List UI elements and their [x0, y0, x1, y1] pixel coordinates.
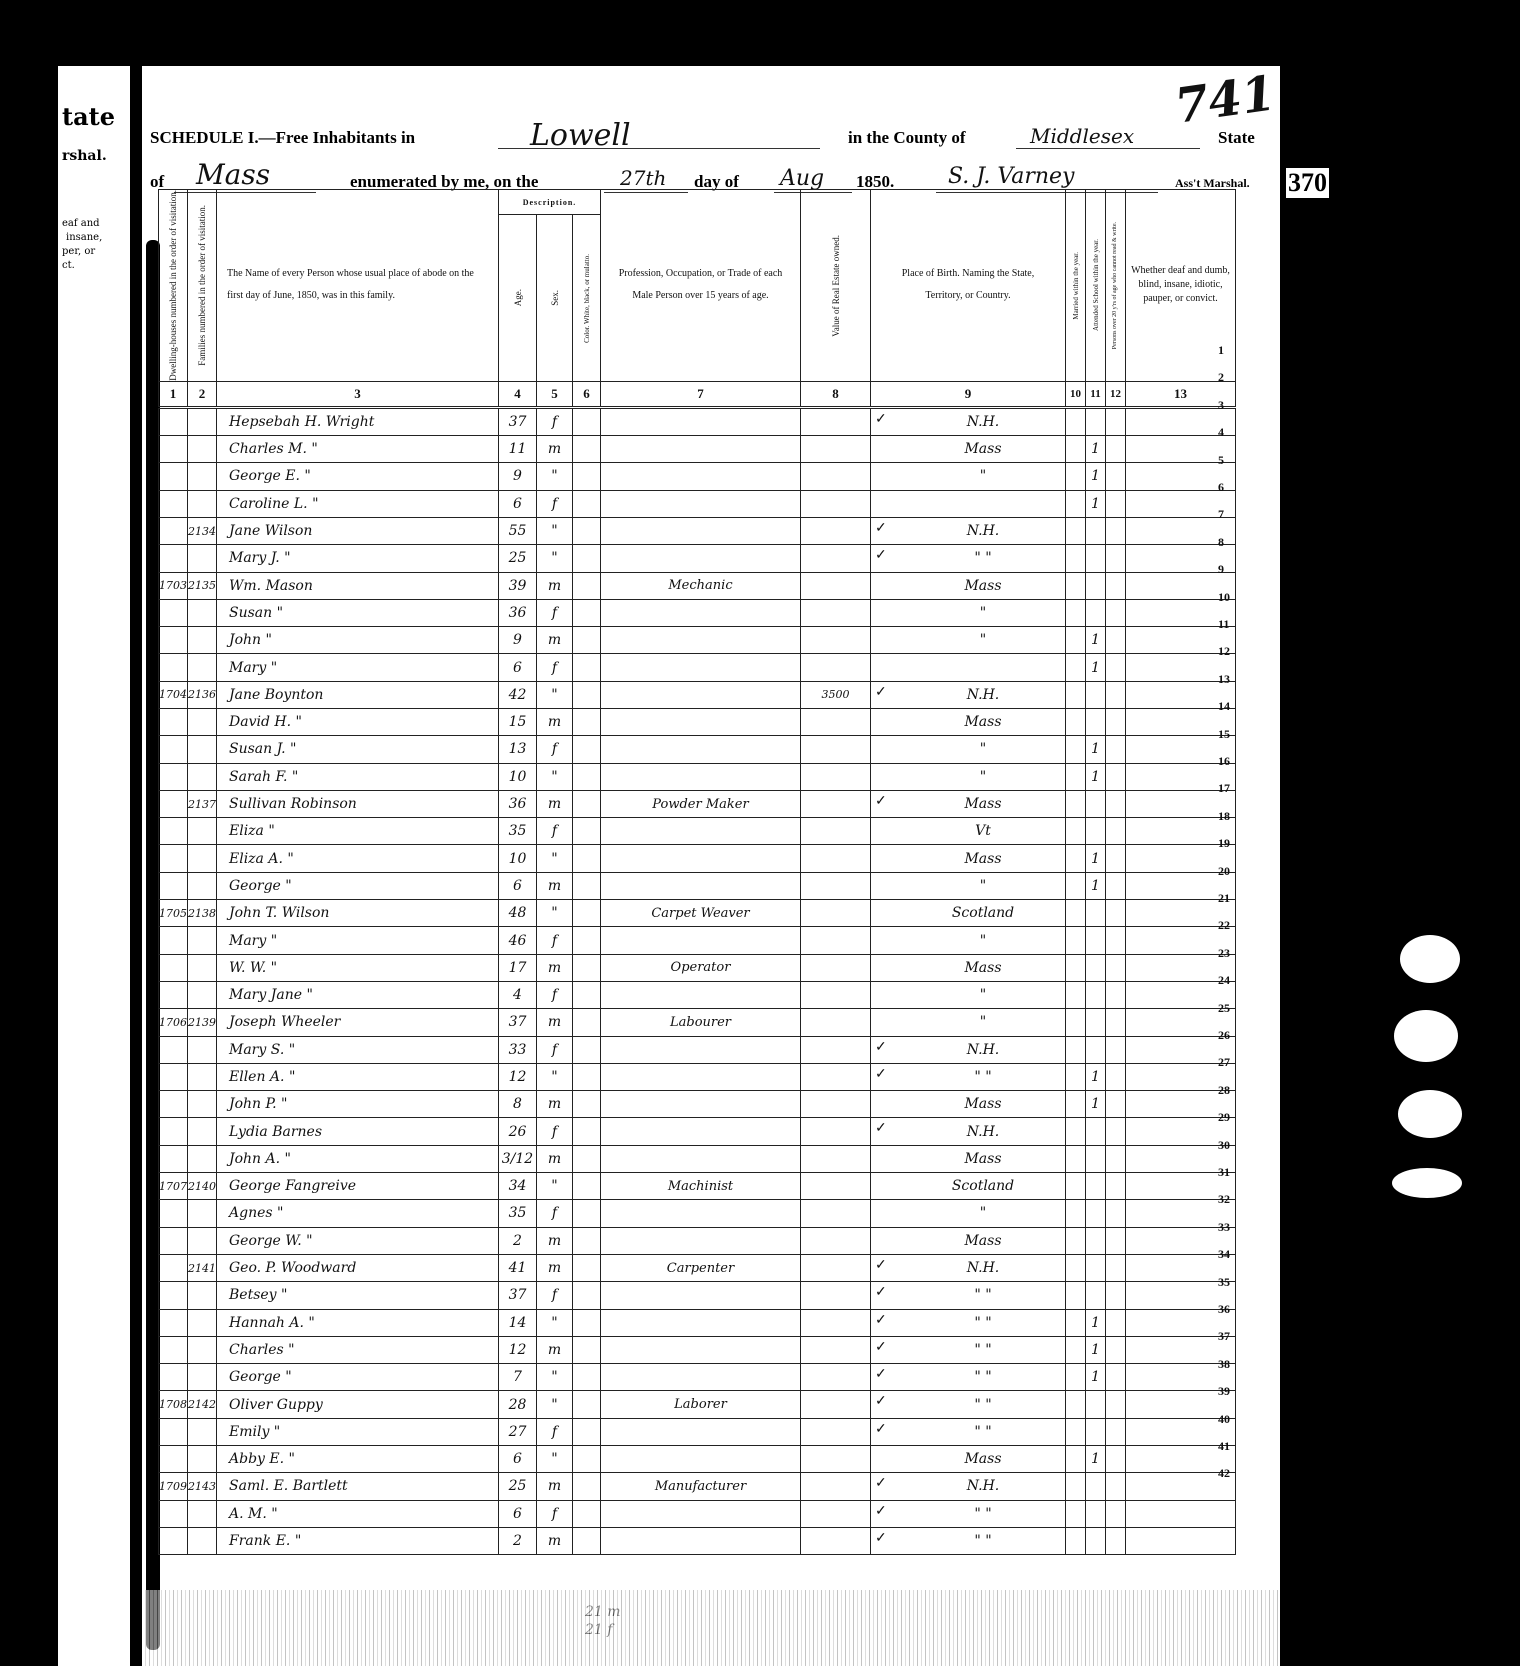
- person-color: [573, 517, 601, 544]
- person-color: [573, 1418, 601, 1445]
- married-within-year: [1066, 1418, 1086, 1445]
- attended-school: [1086, 900, 1106, 927]
- married-within-year: [1066, 1145, 1086, 1172]
- person-color: [573, 463, 601, 490]
- attended-school: [1086, 517, 1106, 544]
- birthplace: ": [871, 1200, 1066, 1227]
- person-name: George ": [217, 872, 499, 899]
- person-color: [573, 1527, 601, 1554]
- census-row: 17042136Jane Boynton42"3500✓N.H.: [159, 681, 1236, 708]
- line-number: 2: [1218, 370, 1224, 385]
- person-age: 26: [499, 1118, 537, 1145]
- census-row: Betsey "37f✓" ": [159, 1282, 1236, 1309]
- census-row: Susan J. "13f"1: [159, 736, 1236, 763]
- married-within-year: [1066, 1527, 1086, 1554]
- married-within-year: [1066, 818, 1086, 845]
- birthplace: Mass: [871, 954, 1066, 981]
- dwelling-number: [159, 872, 188, 899]
- real-estate-value: [801, 1227, 871, 1254]
- line-number: 18: [1218, 809, 1230, 824]
- family-number: 2134: [188, 517, 217, 544]
- cannot-read-write: [1106, 436, 1126, 463]
- person-name: Jane Wilson: [217, 517, 499, 544]
- attended-school: [1086, 681, 1106, 708]
- birthplace-text: N.H.: [871, 523, 1065, 539]
- birthplace: ✓" ": [871, 1063, 1066, 1090]
- attended-school: [1086, 1200, 1106, 1227]
- person-age: 13: [499, 736, 537, 763]
- person-sex: f: [537, 927, 573, 954]
- person-occupation: [601, 1309, 801, 1336]
- person-color: [573, 1446, 601, 1473]
- person-color: [573, 572, 601, 599]
- person-color: [573, 1145, 601, 1172]
- dwelling-number: [159, 490, 188, 517]
- family-number: 2139: [188, 1009, 217, 1036]
- family-number: [188, 1118, 217, 1145]
- person-age: 25: [499, 1473, 537, 1500]
- county-underline: [1016, 148, 1200, 149]
- person-age: 39: [499, 572, 537, 599]
- attended-school: [1086, 545, 1106, 572]
- checkmark-icon: ✓: [875, 1366, 887, 1382]
- census-row: 17052138John T. Wilson48"Carpet WeaverSc…: [159, 900, 1236, 927]
- line-number: 31: [1218, 1165, 1230, 1180]
- attended-school: 1: [1086, 627, 1106, 654]
- family-number: [188, 627, 217, 654]
- col-number: 12: [1106, 381, 1126, 407]
- person-age: 6: [499, 872, 537, 899]
- birthplace: ": [871, 981, 1066, 1008]
- person-color: [573, 1364, 601, 1391]
- birthplace: ✓" ": [871, 1364, 1066, 1391]
- real-estate-value: [801, 845, 871, 872]
- line-number: 6: [1218, 480, 1224, 495]
- person-sex: m: [537, 1091, 573, 1118]
- family-number: [188, 708, 217, 735]
- attended-school: [1086, 1118, 1106, 1145]
- person-occupation: [601, 818, 801, 845]
- col-header-sex: Sex.: [537, 215, 573, 381]
- real-estate-value: [801, 1364, 871, 1391]
- dwelling-number: [159, 545, 188, 572]
- person-occupation: [601, 845, 801, 872]
- family-number: [188, 763, 217, 790]
- census-row: George "7"✓" "1: [159, 1364, 1236, 1391]
- person-color: [573, 900, 601, 927]
- family-number: [188, 1227, 217, 1254]
- county-label: in the County of: [848, 128, 966, 148]
- census-row: 17082142Oliver Guppy28"Laborer✓" ": [159, 1391, 1236, 1418]
- person-color: [573, 1009, 601, 1036]
- person-name: Caroline L. ": [217, 490, 499, 517]
- left-fragment-col13-c: per, or: [62, 246, 95, 257]
- person-sex: f: [537, 818, 573, 845]
- col-header-illiterate: Persons over 20 y'rs of age who cannot r…: [1106, 190, 1126, 382]
- person-age: 46: [499, 927, 537, 954]
- dwelling-number: [159, 790, 188, 817]
- person-sex: ": [537, 1446, 573, 1473]
- birthplace: Mass: [871, 1227, 1066, 1254]
- cannot-read-write: [1106, 407, 1126, 435]
- person-name: Charles M. ": [217, 436, 499, 463]
- person-age: 36: [499, 599, 537, 626]
- person-occupation: [601, 517, 801, 544]
- married-within-year: [1066, 1446, 1086, 1473]
- left-fragment-state: tate: [62, 102, 115, 131]
- married-within-year: [1066, 436, 1086, 463]
- family-number: [188, 599, 217, 626]
- person-sex: f: [537, 654, 573, 681]
- attended-school: [1086, 1036, 1106, 1063]
- birthplace-text: Mass: [871, 796, 1065, 812]
- person-color: [573, 1036, 601, 1063]
- person-sex: f: [537, 736, 573, 763]
- birthplace-text: Scotland: [871, 905, 1065, 921]
- census-row: Susan "36f": [159, 599, 1236, 626]
- checkmark-icon: ✓: [875, 1066, 887, 1082]
- line-number: 23: [1218, 946, 1230, 961]
- census-row: John A. "3/12mMass: [159, 1145, 1236, 1172]
- person-occupation: Carpenter: [601, 1254, 801, 1281]
- person-name: Hannah A. ": [217, 1309, 499, 1336]
- birthplace-text: N.H.: [871, 1042, 1065, 1058]
- birthplace-text: ": [871, 769, 1065, 785]
- real-estate-value: [801, 1500, 871, 1527]
- married-within-year: [1066, 981, 1086, 1008]
- census-row: 2141Geo. P. Woodward41mCarpenter✓N.H.: [159, 1254, 1236, 1281]
- col-header-description: Description.: [499, 190, 601, 215]
- person-name: Frank E. ": [217, 1527, 499, 1554]
- married-within-year: [1066, 927, 1086, 954]
- cannot-read-write: [1106, 818, 1126, 845]
- person-name: W. W. ": [217, 954, 499, 981]
- cannot-read-write: [1106, 1500, 1126, 1527]
- line-number: 37: [1218, 1329, 1230, 1344]
- line-number: 28: [1218, 1083, 1230, 1098]
- family-number: [188, 1500, 217, 1527]
- left-fragment-marshal: rshal.: [62, 148, 107, 164]
- married-within-year: [1066, 1473, 1086, 1500]
- col-number: 9: [871, 381, 1066, 407]
- cannot-read-write: [1106, 545, 1126, 572]
- checkmark-icon: ✓: [875, 1312, 887, 1328]
- line-number: 38: [1218, 1357, 1230, 1372]
- person-name: George ": [217, 1364, 499, 1391]
- person-name: Joseph Wheeler: [217, 1009, 499, 1036]
- dwelling-number: [159, 1336, 188, 1363]
- person-sex: ": [537, 545, 573, 572]
- checkmark-icon: ✓: [875, 1120, 887, 1136]
- real-estate-value: [801, 1282, 871, 1309]
- person-age: 41: [499, 1254, 537, 1281]
- person-name: Mary ": [217, 654, 499, 681]
- person-name: Saml. E. Bartlett: [217, 1473, 499, 1500]
- checkmark-icon: ✓: [875, 411, 887, 427]
- person-sex: f: [537, 599, 573, 626]
- person-sex: ": [537, 1364, 573, 1391]
- birthplace-text: N.H.: [871, 1478, 1065, 1494]
- dwelling-number: [159, 845, 188, 872]
- person-name: Ellen A. ": [217, 1063, 499, 1090]
- disability-condition: [1126, 1527, 1236, 1554]
- line-number: 17: [1218, 781, 1230, 796]
- married-within-year: [1066, 1063, 1086, 1090]
- person-name: Mary J. ": [217, 545, 499, 572]
- birthplace: ✓N.H.: [871, 1118, 1066, 1145]
- real-estate-value: [801, 872, 871, 899]
- person-age: 4: [499, 981, 537, 1008]
- birthplace: ✓N.H.: [871, 1036, 1066, 1063]
- person-color: [573, 708, 601, 735]
- cannot-read-write: [1106, 1063, 1126, 1090]
- dwelling-number: [159, 407, 188, 435]
- real-estate-value: [801, 1063, 871, 1090]
- birthplace: [871, 654, 1066, 681]
- person-sex: m: [537, 790, 573, 817]
- line-number: 8: [1218, 535, 1224, 550]
- cannot-read-write: [1106, 681, 1126, 708]
- left-fragment-col13-b: insane,: [66, 232, 102, 243]
- person-occupation: [601, 1418, 801, 1445]
- attended-school: [1086, 1145, 1106, 1172]
- real-estate-value: [801, 900, 871, 927]
- person-occupation: [601, 1118, 801, 1145]
- birthplace-text: " ": [871, 550, 1065, 566]
- person-age: 48: [499, 900, 537, 927]
- person-age: 6: [499, 654, 537, 681]
- county-name: Middlesex: [1030, 124, 1134, 148]
- person-sex: m: [537, 1527, 573, 1554]
- birthplace-text: Mass: [871, 1151, 1065, 1167]
- person-sex: f: [537, 1282, 573, 1309]
- attended-school: [1086, 407, 1106, 435]
- dwelling-number: [159, 517, 188, 544]
- attended-school: [1086, 1227, 1106, 1254]
- col-header-family: Families numbered in the order of visita…: [188, 190, 217, 382]
- birthplace: ✓" ": [871, 1309, 1066, 1336]
- person-name: George W. ": [217, 1227, 499, 1254]
- person-color: [573, 654, 601, 681]
- person-occupation: [601, 981, 801, 1008]
- line-number: 20: [1218, 864, 1230, 879]
- birthplace-text: " ": [871, 1533, 1065, 1549]
- family-number: [188, 1418, 217, 1445]
- attended-school: 1: [1086, 872, 1106, 899]
- birthplace-text: ": [871, 605, 1065, 621]
- census-row: A. M. "6f✓" ": [159, 1500, 1236, 1527]
- person-occupation: Powder Maker: [601, 790, 801, 817]
- person-age: 35: [499, 818, 537, 845]
- cannot-read-write: [1106, 1473, 1126, 1500]
- person-age: 37: [499, 1009, 537, 1036]
- family-number: 2135: [188, 572, 217, 599]
- real-estate-value: [801, 708, 871, 735]
- person-color: [573, 927, 601, 954]
- real-estate-value: [801, 1309, 871, 1336]
- birthplace-text: " ": [871, 1069, 1065, 1085]
- page-binding-shadow: [130, 66, 142, 1666]
- family-number: [188, 818, 217, 845]
- census-row: Hepsebah H. Wright37f✓N.H.: [159, 407, 1236, 435]
- census-row: 2134Jane Wilson55"✓N.H.: [159, 517, 1236, 544]
- col-number: 2: [188, 381, 217, 407]
- person-name: George Fangreive: [217, 1173, 499, 1200]
- married-within-year: [1066, 1009, 1086, 1036]
- family-number: [188, 927, 217, 954]
- attended-school: 1: [1086, 436, 1106, 463]
- birthplace-text: Vt: [871, 823, 1065, 839]
- dwelling-number: [159, 627, 188, 654]
- cannot-read-write: [1106, 490, 1126, 517]
- birthplace: ✓" ": [871, 1282, 1066, 1309]
- col-header-school: Attended School within the year.: [1086, 190, 1106, 382]
- birthplace: ✓" ": [871, 1418, 1066, 1445]
- person-color: [573, 545, 601, 572]
- census-row: Eliza "35fVt: [159, 818, 1236, 845]
- person-occupation: [601, 681, 801, 708]
- family-number: [188, 1145, 217, 1172]
- person-name: Susan J. ": [217, 736, 499, 763]
- census-row: Eliza A. "10"Mass1: [159, 845, 1236, 872]
- real-estate-value: [801, 436, 871, 463]
- dwelling-number: 1709: [159, 1473, 188, 1500]
- cannot-read-write: [1106, 517, 1126, 544]
- married-within-year: [1066, 1254, 1086, 1281]
- birthplace-text: N.H.: [871, 1260, 1065, 1276]
- cannot-read-write: [1106, 708, 1126, 735]
- real-estate-value: [801, 736, 871, 763]
- person-age: 42: [499, 681, 537, 708]
- person-age: 2: [499, 1227, 537, 1254]
- person-age: 6: [499, 1446, 537, 1473]
- birthplace: ": [871, 872, 1066, 899]
- person-occupation: [601, 1091, 801, 1118]
- real-estate-value: [801, 463, 871, 490]
- checkmark-icon: ✓: [875, 1393, 887, 1409]
- person-occupation: [601, 1336, 801, 1363]
- census-row: Caroline L. "6f1: [159, 490, 1236, 517]
- punch-hole-icon: [1392, 1168, 1462, 1198]
- line-number: 19: [1218, 836, 1230, 851]
- family-number: 2136: [188, 681, 217, 708]
- enumeration-day: 27th: [620, 166, 666, 190]
- col-number: 10: [1066, 381, 1086, 407]
- real-estate-value: [801, 1527, 871, 1554]
- birthplace: ✓" ": [871, 1500, 1066, 1527]
- attended-school: 1: [1086, 1063, 1106, 1090]
- disability-condition: [1126, 1500, 1236, 1527]
- birthplace-text: " ": [871, 1424, 1065, 1440]
- dwelling-number: [159, 763, 188, 790]
- family-number: [188, 1336, 217, 1363]
- person-name: Betsey ": [217, 1282, 499, 1309]
- birthplace: Scotland: [871, 900, 1066, 927]
- col-number: 11: [1086, 381, 1106, 407]
- attended-school: 1: [1086, 1364, 1106, 1391]
- cannot-read-write: [1106, 1254, 1126, 1281]
- census-row: John P. "8mMass1: [159, 1091, 1236, 1118]
- married-within-year: [1066, 463, 1086, 490]
- checkmark-icon: ✓: [875, 684, 887, 700]
- line-number: 21: [1218, 891, 1230, 906]
- checkmark-icon: ✓: [875, 1530, 887, 1546]
- person-occupation: [601, 545, 801, 572]
- line-number: 24: [1218, 973, 1230, 988]
- birthplace-text: " ": [871, 1287, 1065, 1303]
- attended-school: [1086, 927, 1106, 954]
- birthplace-text: ": [871, 1014, 1065, 1030]
- attended-school: 1: [1086, 1091, 1106, 1118]
- birthplace-text: ": [871, 632, 1065, 648]
- checkmark-icon: ✓: [875, 1339, 887, 1355]
- real-estate-value: [801, 818, 871, 845]
- married-within-year: [1066, 1309, 1086, 1336]
- cannot-read-write: [1106, 1446, 1126, 1473]
- line-number: 34: [1218, 1247, 1230, 1262]
- cannot-read-write: [1106, 572, 1126, 599]
- dwelling-number: [159, 1309, 188, 1336]
- attended-school: 1: [1086, 654, 1106, 681]
- person-occupation: [601, 627, 801, 654]
- state-name: Mass: [196, 158, 270, 191]
- real-estate-value: [801, 927, 871, 954]
- person-sex: ": [537, 517, 573, 544]
- census-row: 17032135Wm. Mason39mMechanicMass: [159, 572, 1236, 599]
- checkmark-icon: ✓: [875, 1284, 887, 1300]
- person-age: 9: [499, 627, 537, 654]
- birthplace: Mass: [871, 572, 1066, 599]
- family-number: [188, 954, 217, 981]
- dwelling-number: 1705: [159, 900, 188, 927]
- real-estate-value: 3500: [801, 681, 871, 708]
- birthplace: ✓N.H.: [871, 1473, 1066, 1500]
- person-age: 11: [499, 436, 537, 463]
- census-row: Ellen A. "12"✓" "1: [159, 1063, 1236, 1090]
- birthplace-text: Mass: [871, 441, 1065, 457]
- birthplace: Mass: [871, 1091, 1066, 1118]
- person-color: [573, 627, 601, 654]
- dwelling-number: [159, 736, 188, 763]
- line-number: 7: [1218, 507, 1224, 522]
- dwelling-number: [159, 599, 188, 626]
- married-within-year: [1066, 572, 1086, 599]
- person-occupation: [601, 490, 801, 517]
- adjacent-page-fragment: tate rshal. eaf and insane, per, or ct.: [58, 66, 130, 1666]
- person-name: Eliza A. ": [217, 845, 499, 872]
- census-row: Emily "27f✓" ": [159, 1418, 1236, 1445]
- person-occupation: [601, 1527, 801, 1554]
- attended-school: [1086, 1173, 1106, 1200]
- birthplace: ": [871, 627, 1066, 654]
- attended-school: 1: [1086, 1336, 1106, 1363]
- person-age: 37: [499, 407, 537, 435]
- person-occupation: Operator: [601, 954, 801, 981]
- married-within-year: [1066, 1118, 1086, 1145]
- family-number: [188, 1091, 217, 1118]
- cannot-read-write: [1106, 1173, 1126, 1200]
- census-row: Mary Jane "4f": [159, 981, 1236, 1008]
- family-number: [188, 981, 217, 1008]
- birthplace-text: ": [871, 741, 1065, 757]
- person-age: 14: [499, 1309, 537, 1336]
- person-occupation: Manufacturer: [601, 1473, 801, 1500]
- scan-noise: [142, 1590, 1280, 1666]
- birthplace-text: Mass: [871, 1451, 1065, 1467]
- person-sex: m: [537, 708, 573, 735]
- attended-school: [1086, 1473, 1106, 1500]
- person-name: Mary ": [217, 927, 499, 954]
